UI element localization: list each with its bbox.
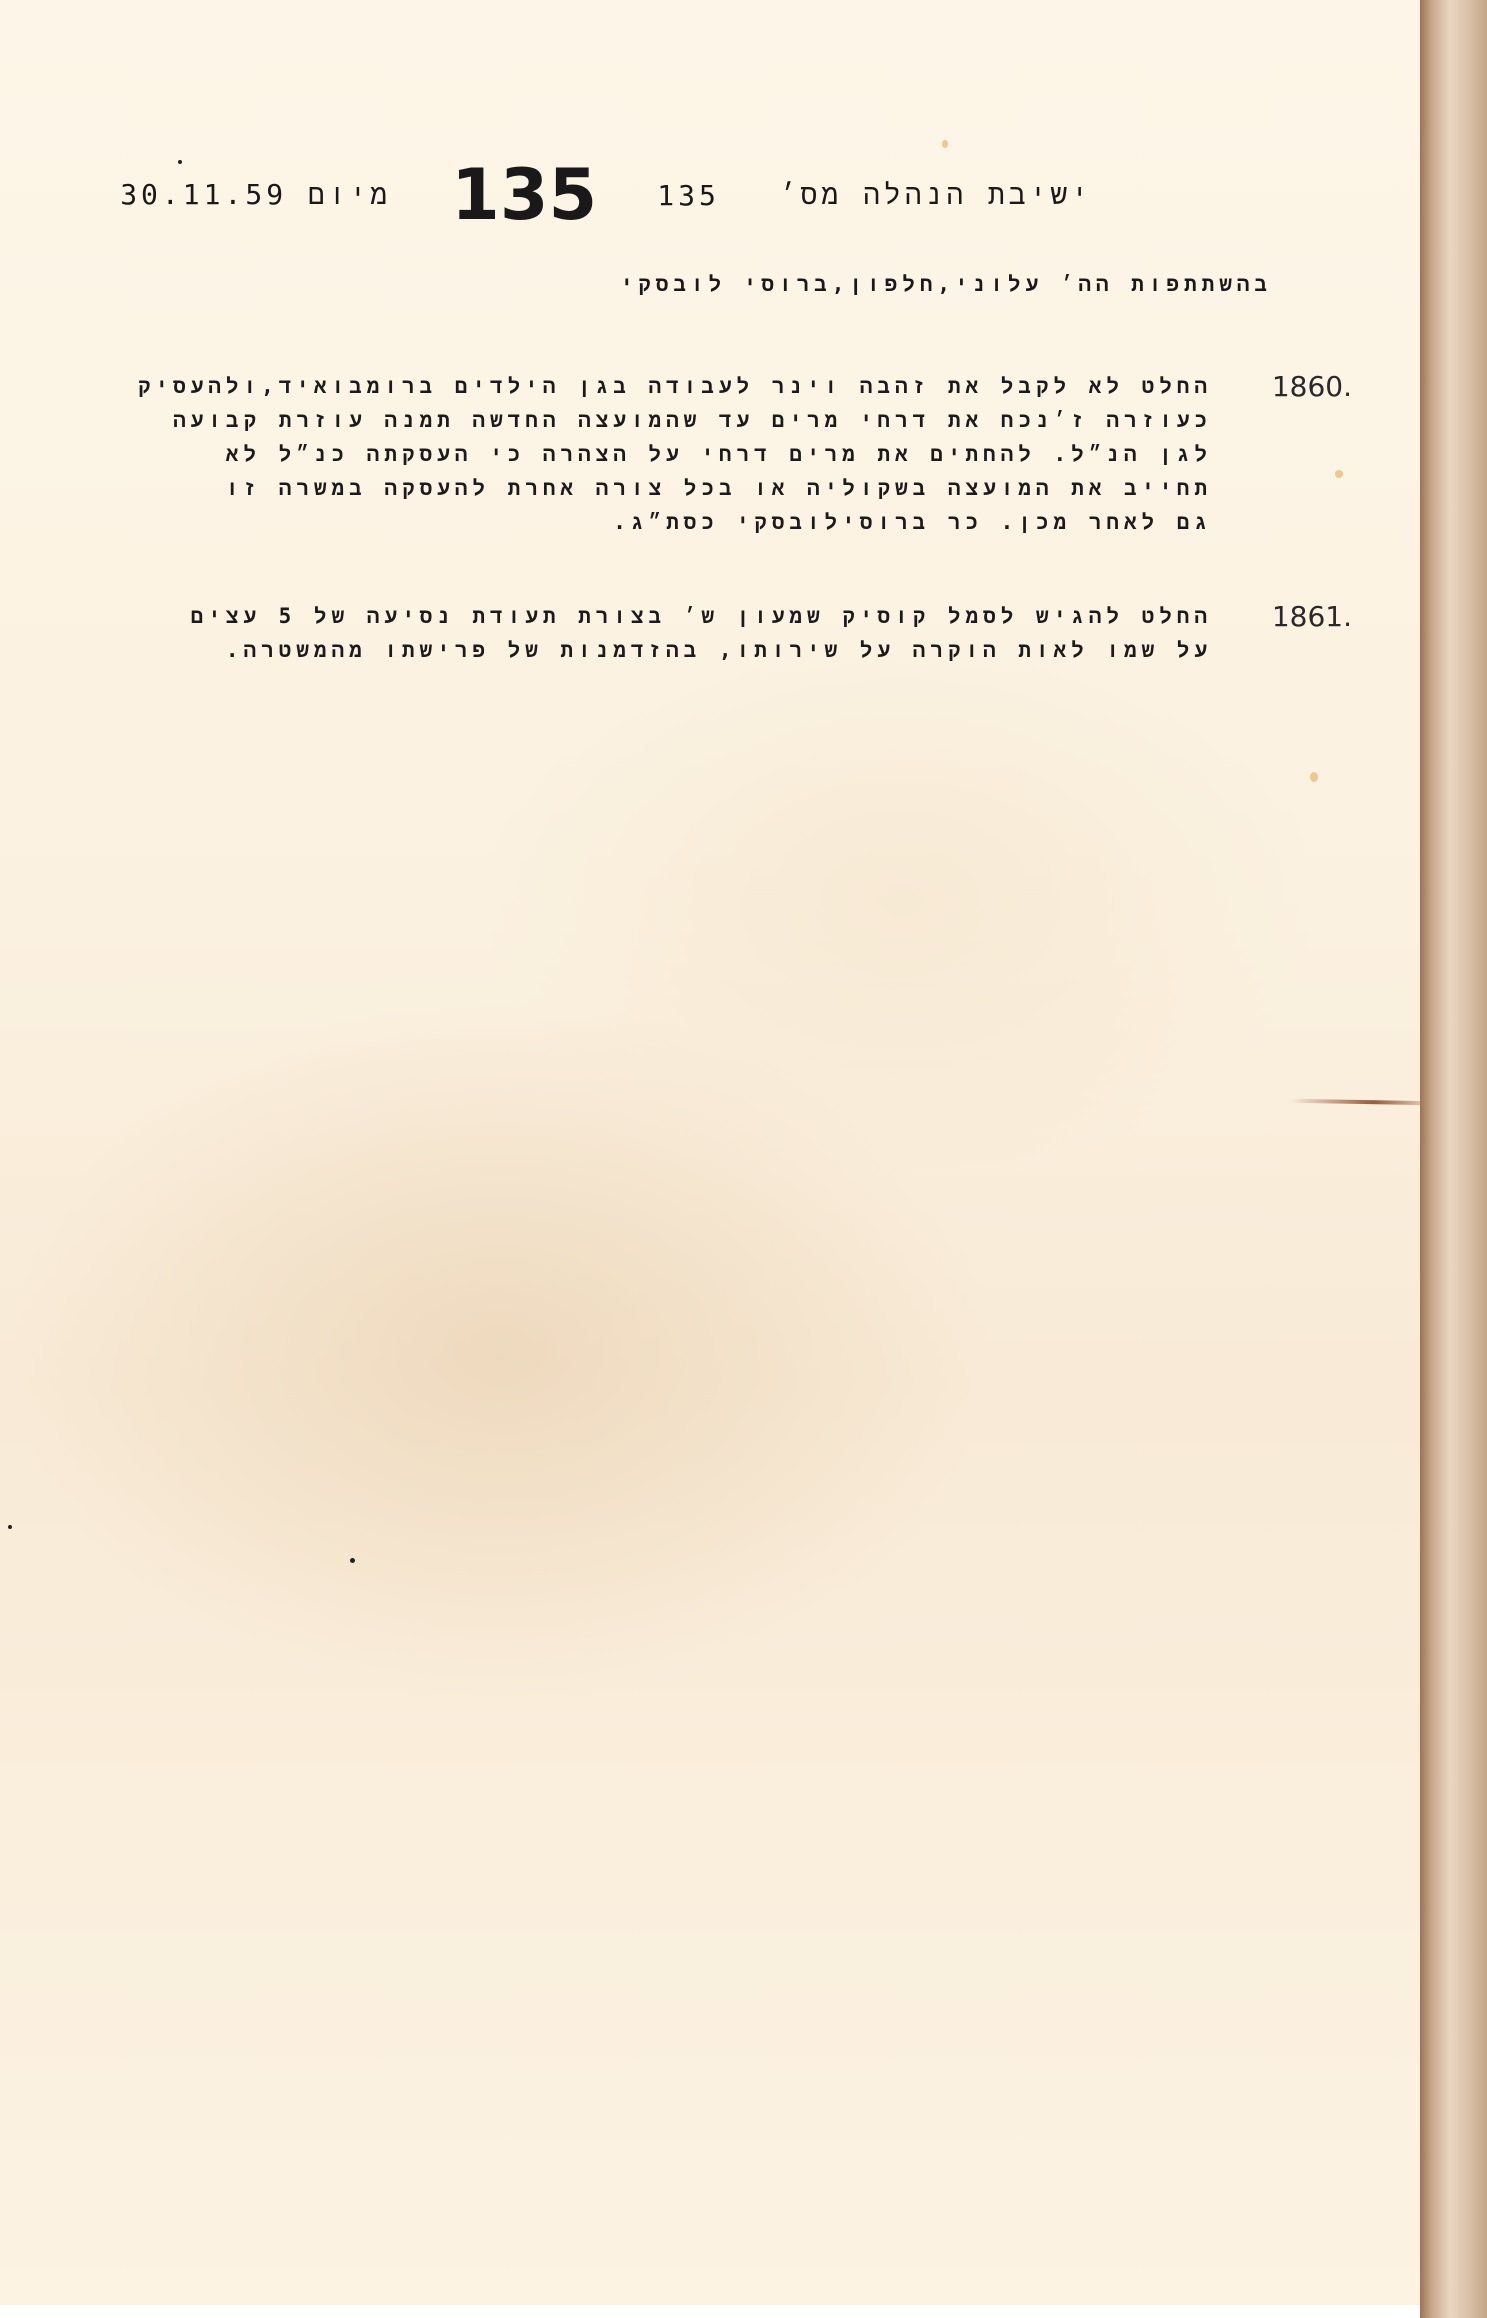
meeting-date: 30.11.59 bbox=[120, 178, 287, 211]
resolution-line: תחייב את המועצה בשקוליה או בכל צורה אחרת… bbox=[12, 476, 1212, 510]
resolution-line: כעוזרה ז׳נכח את דרחי מרים עד שהמועצה החד… bbox=[12, 408, 1212, 442]
meeting-heading: ישיבת הנהלה מס׳ 135 135 מיום 30.11.59 bbox=[120, 160, 1092, 230]
stain-speck bbox=[1335, 470, 1343, 478]
resolution-line: גם לאחר מכן. כר ברוסילובסקי כסת״ג. bbox=[12, 510, 1212, 544]
ink-dot bbox=[350, 1558, 355, 1563]
document-page: ישיבת הנהלה מס׳ 135 135 מיום 30.11.59 בה… bbox=[0, 0, 1432, 2305]
paper-crease bbox=[1290, 1099, 1430, 1105]
resolution-number: 1861. bbox=[1272, 600, 1352, 633]
resolution-line: החלט להגיש לסמל קוסיק שמעון ש׳ בצורת תעו… bbox=[12, 604, 1212, 638]
resolution-text: החלט לא לקבל את זהבה וינר לעבודה בגן היל… bbox=[12, 374, 1212, 544]
attendance-line: בהשתתפות הה׳ עלוני,חלפון,ברוסי לובסקי bbox=[621, 272, 1272, 298]
meeting-title: ישיבת הנהלה מס׳ bbox=[780, 178, 1092, 213]
resolution-line: על שמו לאות הוקרה על שירותו, בהזדמנות של… bbox=[12, 638, 1212, 672]
resolution-line: לגן הנ״ל. להחתים את מרים דרחי על הצהרה כ… bbox=[12, 442, 1212, 476]
meeting-date-group: מיום 30.11.59 bbox=[120, 178, 391, 213]
stamped-number: 135 bbox=[451, 160, 597, 230]
date-prefix: מיום bbox=[308, 178, 391, 211]
resolution-line: החלט לא לקבל את זהבה וינר לעבודה בגן היל… bbox=[12, 374, 1212, 408]
resolution-text: החלט להגיש לסמל קוסיק שמעון ש׳ בצורת תעו… bbox=[12, 604, 1212, 672]
ink-dot bbox=[178, 160, 182, 164]
stain-speck bbox=[942, 140, 948, 148]
stain-speck bbox=[1310, 772, 1318, 782]
binding-edge bbox=[1420, 0, 1487, 2318]
meeting-number: 135 bbox=[657, 179, 720, 212]
resolution-number: 1860. bbox=[1272, 370, 1352, 403]
ink-dot bbox=[8, 1525, 12, 1529]
